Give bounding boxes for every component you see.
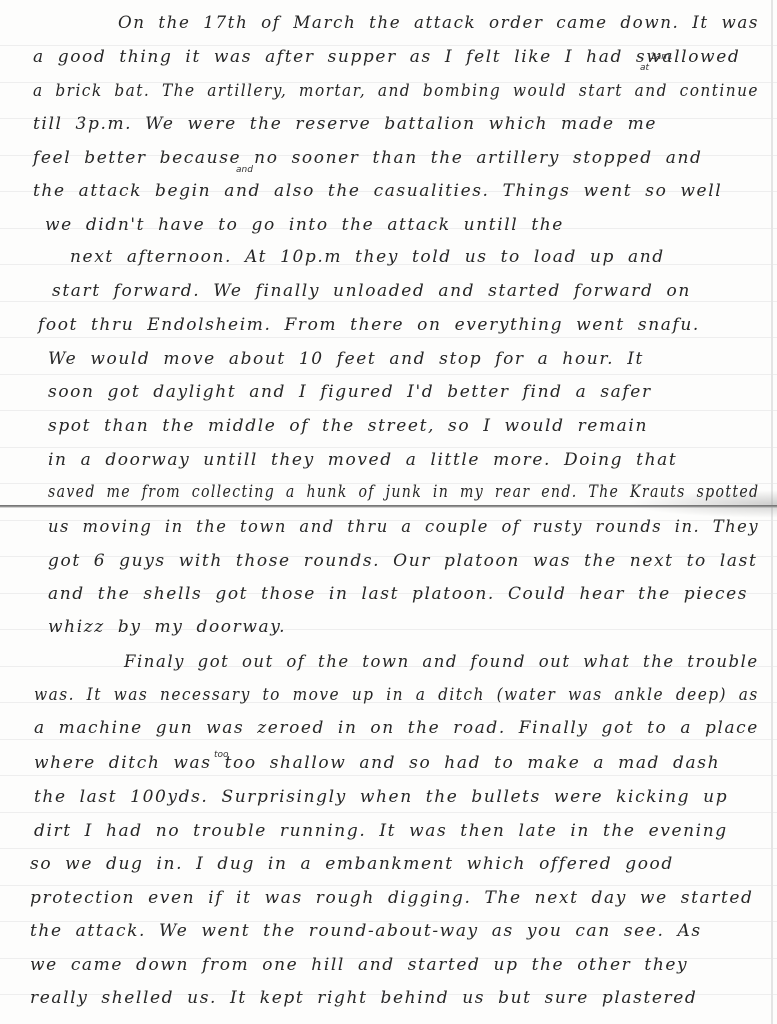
handwritten-line: the attack. We went the round-about-way …: [30, 921, 702, 941]
insertion-at: at: [640, 63, 649, 73]
handwritten-line: us moving in the town and thru a couple …: [48, 517, 759, 537]
ruled-line: [0, 45, 777, 46]
handwritten-line: we didn't have to go into the attack unt…: [45, 215, 564, 235]
handwritten-line: On the 17th of March the attack order ca…: [118, 13, 759, 33]
handwritten-line: a brick bat. The artillery, mortar, and …: [33, 81, 759, 101]
insertion-and: and: [236, 165, 253, 175]
handwritten-line: saved me from collecting a hunk of junk …: [48, 482, 759, 502]
handwritten-line: start forward. We finally unloaded and s…: [52, 281, 691, 301]
insertion-1am: 1am.: [650, 52, 673, 62]
handwritten-line: really shelled us. It kept right behind …: [30, 988, 697, 1008]
handwritten-line: and the shells got those in last platoon…: [48, 584, 748, 604]
ruled-line: [0, 447, 777, 448]
handwritten-line: so we dug in. I dug in a embankment whic…: [30, 854, 674, 874]
handwritten-line: was. It was necessary to move up in a di…: [34, 685, 759, 705]
letter-page: On the 17th of March the attack order ca…: [0, 0, 777, 1024]
ruled-line: [0, 885, 777, 886]
handwritten-line: Finaly got out of the town and found out…: [124, 652, 759, 672]
handwritten-line: in a doorway untill they moved a little …: [48, 450, 677, 470]
handwritten-line: foot thru Endolsheim. From there on ever…: [38, 315, 700, 335]
handwritten-line: where ditch was too shallow and so had t…: [34, 753, 720, 773]
handwritten-line: the attack begin and also the casualitie…: [33, 181, 722, 201]
ruled-line: [0, 775, 777, 776]
ruled-line: [0, 848, 777, 849]
handwritten-line: the last 100yds. Surprisingly when the b…: [34, 787, 728, 807]
handwritten-line: spot than the middle of the street, so I…: [48, 416, 648, 436]
ruled-line: [0, 410, 777, 411]
handwritten-line: We would move about 10 feet and stop for…: [48, 349, 644, 369]
handwritten-line: feel better because no sooner than the a…: [33, 148, 703, 168]
ruled-line: [0, 739, 777, 740]
handwritten-line: protection even if it was rough digging.…: [30, 888, 754, 908]
handwritten-line: got 6 guys with those rounds. Our platoo…: [48, 551, 757, 571]
handwritten-line: whizz by my doorway.: [48, 617, 286, 637]
handwritten-line: soon got daylight and I figured I'd bett…: [48, 382, 652, 402]
handwritten-line: a machine gun was zeroed in on the road.…: [34, 718, 759, 738]
insertion-too: too: [214, 750, 229, 760]
handwritten-line: a good thing it was after supper as I fe…: [33, 47, 740, 67]
handwritten-line: we came down from one hill and started u…: [30, 955, 688, 975]
ruled-line: [0, 812, 777, 813]
handwritten-line: next afternoon. At 10p.m they told us to…: [70, 247, 665, 267]
paper-fold-line: [0, 505, 777, 508]
handwritten-line: dirt I had no trouble running. It was th…: [34, 821, 728, 841]
ruled-line: [0, 337, 777, 338]
handwritten-line: till 3p.m. We were the reserve battalion…: [33, 114, 657, 134]
ruled-line: [0, 374, 777, 375]
